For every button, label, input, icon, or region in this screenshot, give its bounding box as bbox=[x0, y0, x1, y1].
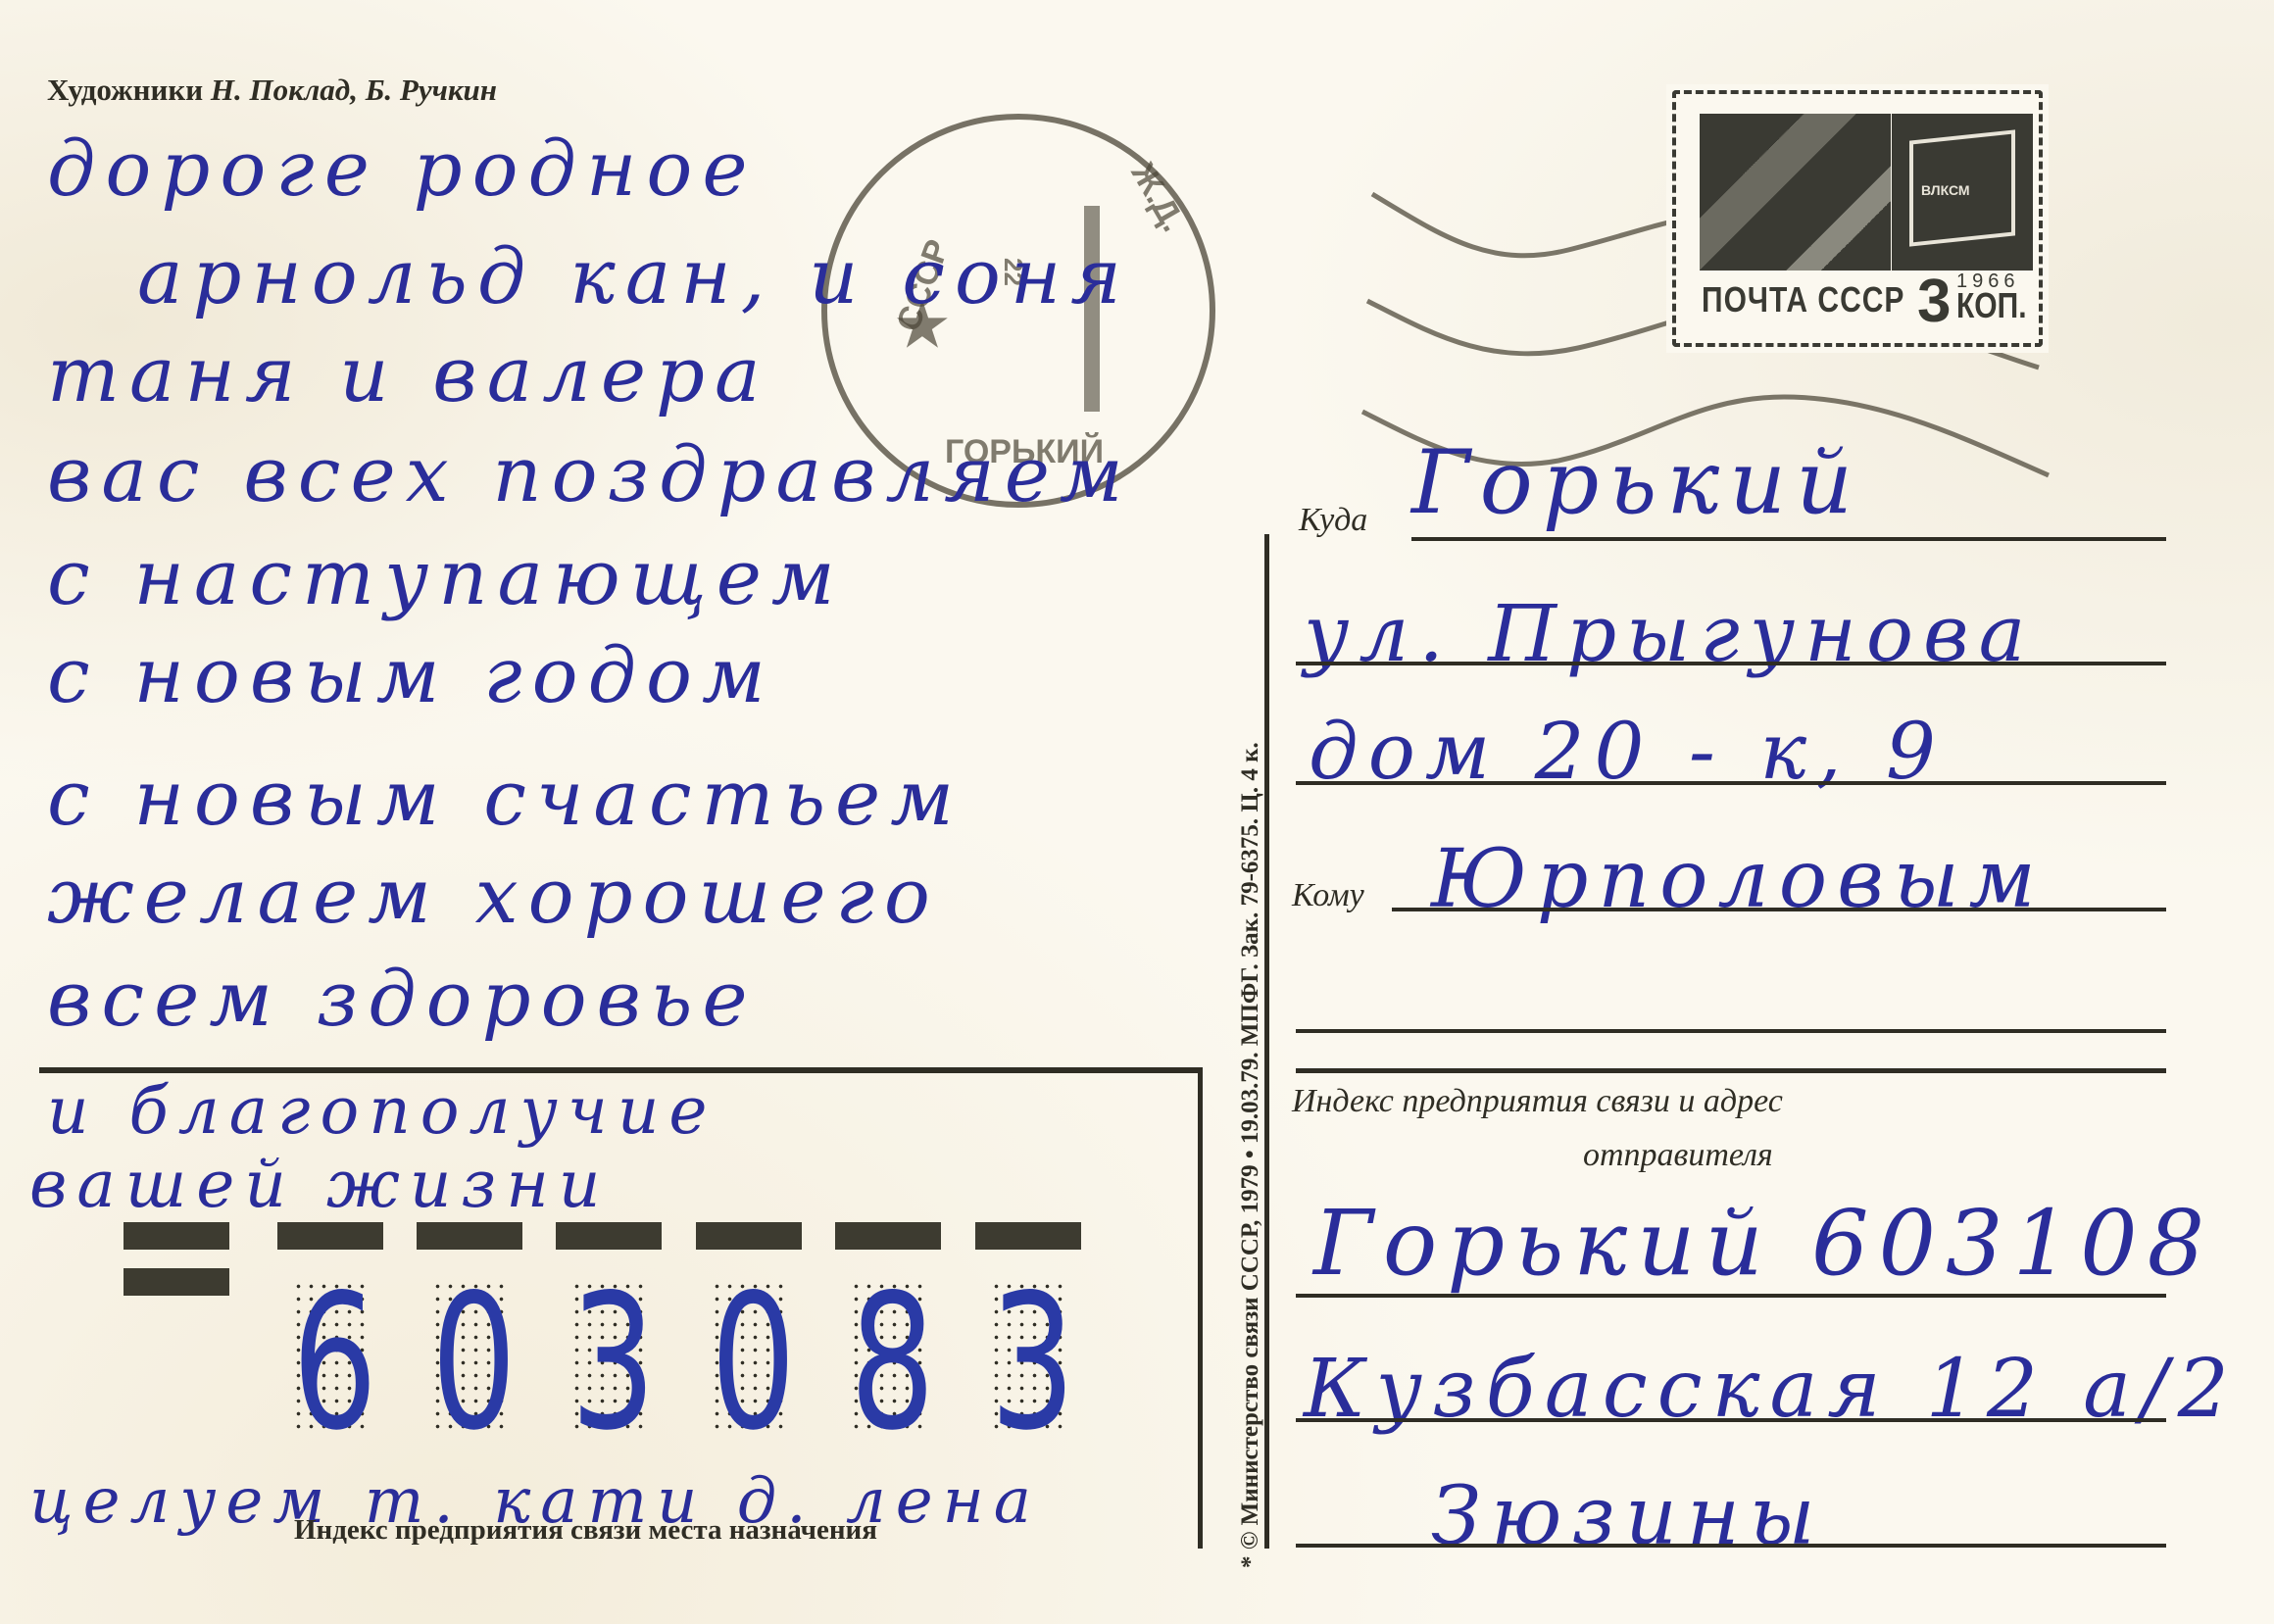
address-line bbox=[1296, 1418, 2166, 1422]
index-bar bbox=[696, 1222, 802, 1250]
index-digit: 0 bbox=[431, 1270, 517, 1456]
message-line: и благополучие bbox=[47, 1073, 717, 1149]
index-digit: 3 bbox=[570, 1270, 656, 1456]
sender-label-line1: Индекс предприятия связи и адрес bbox=[1292, 1083, 1783, 1120]
address-line bbox=[1411, 537, 2166, 541]
address-line bbox=[1296, 1544, 2166, 1548]
index-bar bbox=[124, 1222, 229, 1250]
recipient-city[interactable]: Горький bbox=[1411, 431, 1862, 534]
publisher-imprint: * © Министерство связи СССР, 1979 • 19.0… bbox=[1237, 333, 1264, 1568]
divider-horizontal bbox=[39, 1067, 1203, 1073]
stamp-badge-text: ВЛКСМ bbox=[1921, 182, 1970, 198]
sender-name[interactable]: Зюзины bbox=[1431, 1470, 1825, 1563]
index-bar bbox=[556, 1222, 662, 1250]
message-line: с новым счастьем bbox=[47, 755, 964, 843]
message-line: всем здоровье bbox=[47, 956, 758, 1044]
index-caption: Индекс предприятия связи места назначени… bbox=[294, 1514, 877, 1547]
recipient-name[interactable]: Юрполовым bbox=[1431, 833, 2046, 926]
address-line bbox=[1296, 1068, 2166, 1073]
message-line: арнольд кан, и соня bbox=[137, 233, 1131, 321]
postcard: Художники Н. Поклад, Б. Ручкин СССР ГОРЬ… bbox=[0, 0, 2274, 1624]
index-digit: 3 bbox=[990, 1270, 1075, 1456]
index-bar bbox=[417, 1222, 522, 1250]
message-line: вашей жизни bbox=[29, 1147, 610, 1222]
divider-vertical-inner bbox=[1198, 1070, 1203, 1549]
address-line bbox=[1296, 662, 2166, 665]
address-line bbox=[1392, 908, 2166, 911]
index-digit: 6 bbox=[292, 1270, 377, 1456]
stamp-portraits-icon bbox=[1700, 114, 1891, 271]
stamp-post-label: ПОЧТА СССР bbox=[1702, 281, 1904, 321]
message-line: дороге родное bbox=[47, 125, 757, 214]
postage-stamp: ВЛКСМ ПОЧТА СССР 3 1966 КОП. bbox=[1666, 84, 2049, 353]
recipient-street[interactable]: ул. Прыгунова bbox=[1304, 588, 2035, 679]
stamp-flag-panel: ВЛКСМ bbox=[1892, 114, 2033, 271]
message-line: с новым годом bbox=[47, 632, 775, 720]
address-line bbox=[1296, 1294, 2166, 1298]
address-line bbox=[1296, 1029, 2166, 1033]
message-line: таня и валера bbox=[47, 331, 769, 419]
to-whom-label: Кому bbox=[1292, 877, 1364, 914]
index-bar bbox=[835, 1222, 941, 1250]
stamp-denomination: 3 bbox=[1917, 267, 1951, 336]
sender-city-index[interactable]: Горький 603108 bbox=[1313, 1191, 2214, 1296]
address-line bbox=[1296, 781, 2166, 785]
message-line: с наступающем bbox=[47, 534, 845, 622]
sender-label-line2: отправителя bbox=[1583, 1137, 1773, 1174]
index-bar bbox=[124, 1268, 229, 1296]
message-line: вас всех поздравляем bbox=[47, 431, 1133, 519]
divider-vertical bbox=[1264, 534, 1269, 1549]
to-where-label: Куда bbox=[1299, 502, 1367, 539]
index-digit: 8 bbox=[850, 1270, 935, 1456]
message-line: желаем хорошего bbox=[47, 853, 940, 941]
stamp-unit: КОП. bbox=[1956, 287, 2027, 327]
index-digit: 0 bbox=[711, 1270, 796, 1456]
index-bar bbox=[975, 1222, 1081, 1250]
index-bar bbox=[277, 1222, 383, 1250]
